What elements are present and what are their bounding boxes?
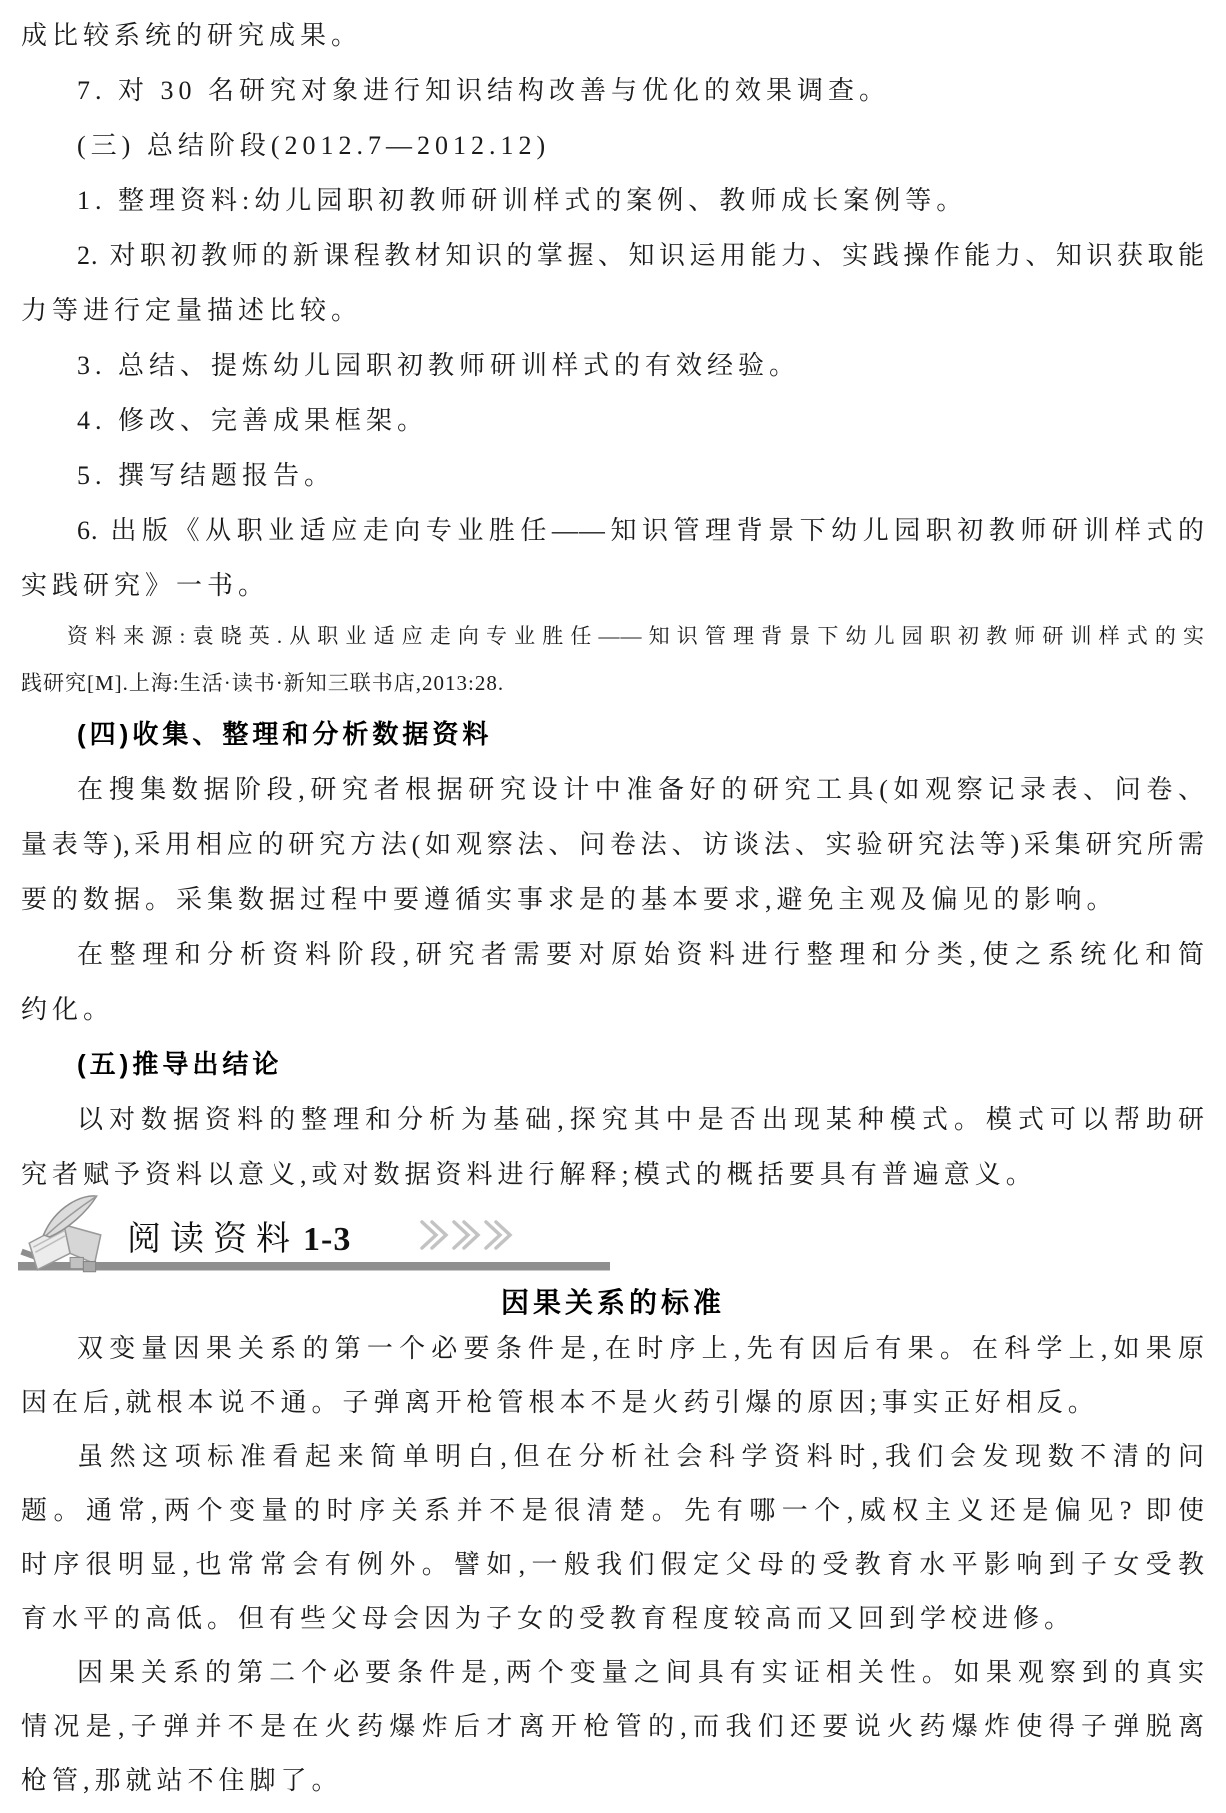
text-line: 在搜集数据阶段,研究者根据研究设计中准备好的研究工具(如观察记录表、问卷、	[21, 762, 1205, 817]
text-line: 因果关系的第二个必要条件是,两个变量之间具有实证相关性。如果观察到的真实	[21, 1646, 1205, 1700]
section-heading: (五)推导出结论	[21, 1037, 1205, 1092]
reading-material-header: 阅读资料1-3	[21, 1210, 1205, 1270]
text-line: 力等进行定量描述比较。	[21, 283, 1205, 338]
text-line: 实践研究》一书。	[21, 558, 1205, 613]
reading-material-number: 1-3	[303, 1221, 351, 1258]
text-line: 以对数据资料的整理和分析为基础,探究其中是否出现某种模式。模式可以帮助研	[21, 1092, 1205, 1147]
book-page: 成比较系统的研究成果。 7. 对 30 名研究对象进行知识结构改善与优化的效果调…	[0, 0, 1226, 1813]
text-line: (三) 总结阶段(2012.7—2012.12)	[21, 118, 1205, 173]
citation-line: 资料来源:袁晓英.从职业适应走向专业胜任——知识管理背景下幼儿园职初教师研训样式…	[21, 613, 1205, 660]
text-line: 虽然这项标准看起来简单明白,但在分析社会科学资料时,我们会发现数不清的问	[21, 1430, 1205, 1484]
text-line: 情况是,子弹并不是在火药爆炸后才离开枪管的,而我们还要说火药爆炸使得子弹脱离	[21, 1700, 1205, 1754]
text-line: 双变量因果关系的第一个必要条件是,在时序上,先有因后有果。在科学上,如果原	[21, 1322, 1205, 1376]
text-line: 因在后,就根本说不通。子弹离开枪管根本不是火药引爆的原因;事实正好相反。	[21, 1376, 1205, 1430]
text-line: 6. 出版《从职业适应走向专业胜任——知识管理背景下幼儿园职初教师研训样式的	[21, 503, 1205, 558]
text-line: 时序很明显,也常常会有例外。譬如,一般我们假定父母的受教育水平影响到子女受教	[21, 1538, 1205, 1592]
passage-title: 因果关系的标准	[21, 1284, 1205, 1322]
section-heading: (四)收集、整理和分析数据资料	[21, 707, 1205, 762]
reading-material-label: 阅读资料1-3	[127, 1211, 351, 1260]
reading-material-label-text: 阅读资料	[127, 1221, 299, 1258]
text-line: 量表等),采用相应的研究方法(如观察法、问卷法、访谈法、实验研究法等)采集研究所…	[21, 817, 1205, 872]
text-line: 3. 总结、提炼幼儿园职初教师研训样式的有效经验。	[21, 338, 1205, 393]
text-line: 在整理和分析资料阶段,研究者需要对原始资料进行整理和分类,使之系统化和简	[21, 927, 1205, 982]
text-line: 1. 整理资料:幼儿园职初教师研训样式的案例、教师成长案例等。	[21, 173, 1205, 228]
text-line: 5. 撰写结题报告。	[21, 448, 1205, 503]
text-line: 枪管,那就站不住脚了。	[21, 1754, 1205, 1808]
text-line: 4. 修改、完善成果框架。	[21, 393, 1205, 448]
text-line: 2. 对职初教师的新课程教材知识的掌握、知识运用能力、实践操作能力、知识获取能	[21, 228, 1205, 283]
text-line: 7. 对 30 名研究对象进行知识结构改善与优化的效果调查。	[21, 63, 1205, 118]
text-line: 要的数据。采集数据过程中要遵循实事求是的基本要求,避免主观及偏见的影响。	[21, 872, 1205, 927]
triple-chevron-icon	[419, 1219, 515, 1256]
text-line: 题。通常,两个变量的时序关系并不是很清楚。先有哪一个,威权主义还是偏见? 即使	[21, 1484, 1205, 1538]
citation-line: 践研究[M].上海:生活·读书·新知三联书店,2013:28.	[21, 660, 1205, 707]
text-line: 育水平的高低。但有些父母会因为子女的受教育程度较高而又回到学校进修。	[21, 1592, 1205, 1646]
text-line: 成比较系统的研究成果。	[21, 8, 1205, 63]
text-line: 约化。	[21, 982, 1205, 1037]
book-quill-icon	[19, 1190, 113, 1284]
text-line: 究者赋予资料以意义,或对数据资料进行解释;模式的概括要具有普遍意义。	[21, 1147, 1205, 1202]
